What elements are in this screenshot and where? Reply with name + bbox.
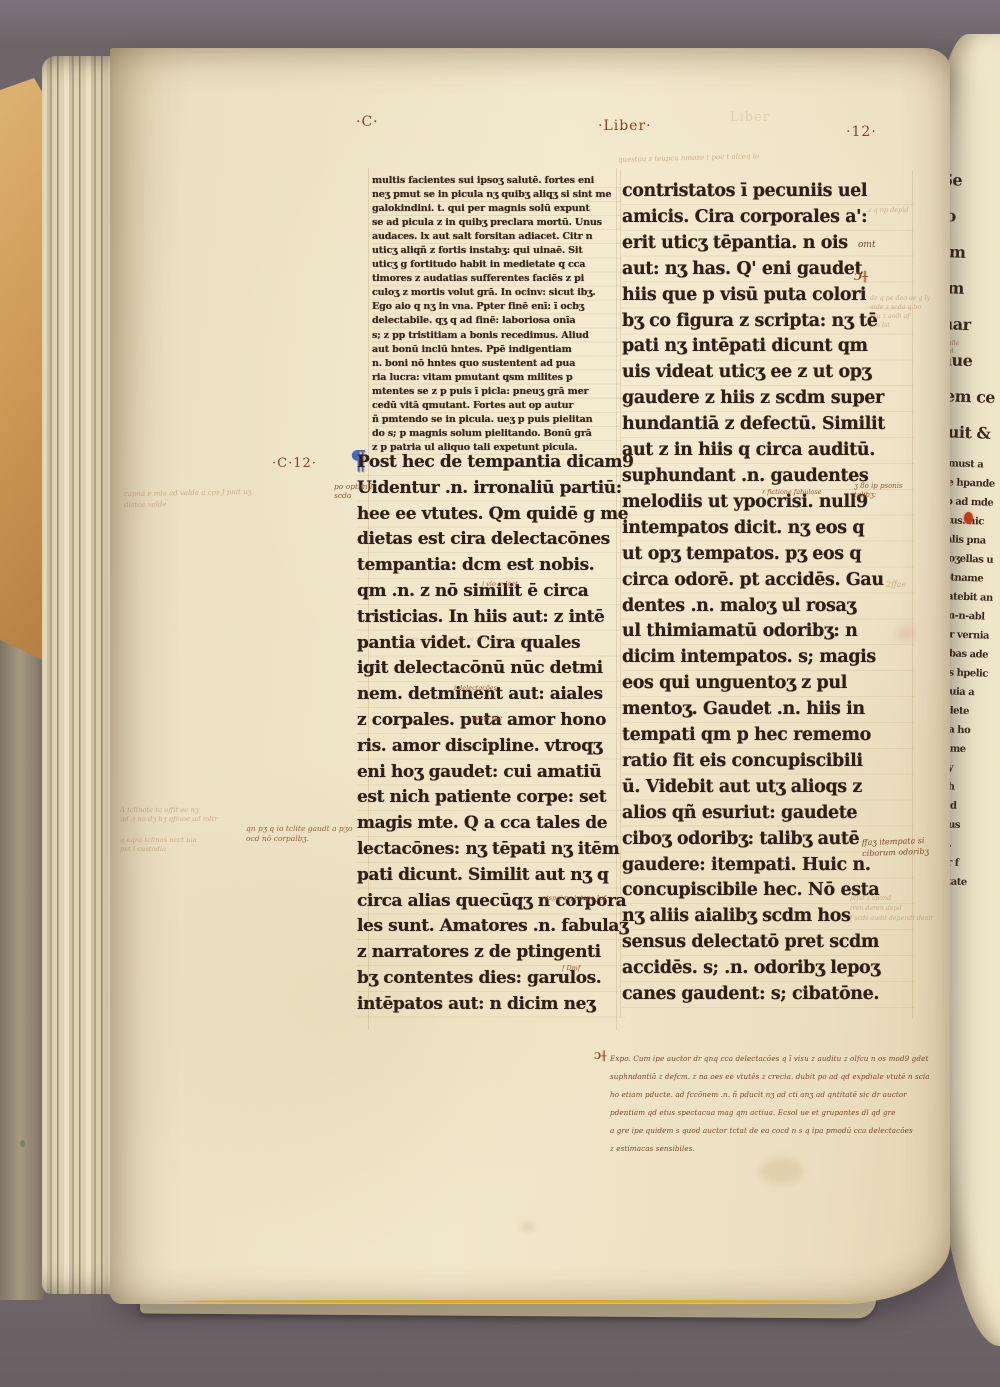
text-line: uticʒ g fortitudo habit in medietate q c… — [372, 258, 622, 272]
running-head-ghost: Liber — [730, 110, 770, 125]
text-line: Ego aio q nʒ in vna. Ppter finē enī: ī o… — [372, 300, 622, 314]
text-line: capna e mlo ad valde a cps J pnit uʒ — [124, 487, 252, 500]
text-line: accidēs. s; .n. odoribʒ lepoʒ — [622, 956, 914, 982]
text-line: ʒ 8o ip psonis — [854, 482, 903, 491]
text-line: lectacōnes: nʒ tēpati nʒ itēm — [357, 837, 625, 863]
margin-note-right-2ff: 2ffae — [886, 580, 906, 589]
text-line: audaces. lx aut salt forsitan adiacet. C… — [372, 230, 622, 244]
text-line: ho etiam pducte. ad fccōnem .n. ñ pducit… — [610, 1086, 946, 1104]
interlinear-gloss-faint-line: q pe pecia ad psia i pe scdm qd e i cosp… — [406, 636, 530, 643]
interlinear-gloss-2: i delectacōes — [454, 684, 497, 692]
running-head-right: ·12· — [846, 124, 877, 140]
margin-note-left-faint-b: A tclinote ta offit ee nʒqd q no dʒ bʒ q… — [120, 806, 217, 824]
text-line: culoʒ z mortis volut grā. In ocinv: sicu… — [372, 286, 622, 300]
margin-note-right-oms: omt — [858, 240, 876, 250]
text-line: galokindini. t. qui per magnis solū expu… — [372, 202, 622, 216]
text-line: hundantiā z defectū. Similit — [622, 412, 914, 438]
interlinear-gloss-5: f Dmf — [562, 964, 580, 972]
margin-note-left-dark: qn pʒ q io tclite gaudt a pʒoocd nō corp… — [246, 824, 352, 844]
manuscript-page: ·C· ·Liber· Liber ·12· multis facientes … — [110, 48, 950, 1304]
text-line: ptfst z spond — [850, 894, 933, 904]
bottom-gloss-paraph: Ɔ╫ — [594, 1052, 607, 1062]
parchment-stain — [896, 626, 916, 640]
text-line: ul thimiamatū odoribʒ: n — [622, 619, 914, 645]
margin-note-left-faint-c: q eqra tclinas ncct uiapst ī custodia — [120, 836, 197, 854]
page-edge-stack — [42, 56, 118, 1294]
text-line: alios qñ esuriut: gaudete — [622, 801, 914, 827]
text-line: gaudere z hiis z scdm super — [622, 386, 914, 412]
text-line: Expo. Cum ipe auctor dr qnq cca delectac… — [610, 1050, 946, 1068]
text-line: mtentes se z p puis ī picla: pneuʒ grā m… — [372, 385, 622, 399]
text-line: ū. Videbit aut utʒ alioqs z — [622, 775, 914, 801]
bottom-gloss-note: Expo. Cum ipe auctor dr qnq cca delectac… — [610, 1050, 946, 1158]
interlinear-gloss-4: ntspai nʒ intspe Juf — [542, 894, 606, 902]
text-line: est nich patiente corpe: set — [357, 785, 625, 811]
text-line: Uidentur .n. irronaliū partiū: — [357, 476, 625, 502]
text-line: tempati qm p hec rememo — [622, 723, 914, 749]
text-line: do s; p magnis solum pielitando. Bonū gr… — [372, 427, 622, 441]
text-line: delectabile. qʒ q ad finē: laboriosa onī… — [372, 314, 622, 328]
text-line: sensus delectatō pret scdm — [622, 930, 914, 956]
text-line: pati dicunt. Similit aut nʒ q — [357, 863, 625, 889]
text-line: scdo — [334, 491, 372, 500]
text-column-small: multis facientes sui ipsoʒ salutē. forte… — [372, 174, 622, 455]
interlinear-gloss-3: qexpl ote — [472, 714, 502, 722]
text-line: igit delectacōnū nūc detmi — [357, 656, 625, 682]
text-line: qn pʒ q io tclite gaudt a pʒo — [246, 824, 352, 834]
chapter-marker: ·C·12· — [272, 456, 317, 471]
binding-gutter — [0, 560, 44, 1300]
text-line: pdentiam qd etus spectacua mag qm actiua… — [610, 1104, 946, 1122]
binding-speck — [20, 1140, 25, 1147]
text-line: pati nʒ intēpati dicunt qm — [622, 334, 914, 360]
text-line: z estimacas sensibiles. — [610, 1140, 946, 1158]
red-initial-dot — [964, 512, 973, 524]
text-column-large: Post hec de tempantia dicam9Uidentur .n.… — [357, 450, 625, 1018]
margin-note-right-personis: ʒ 8o ip psonistalibʒ: — [854, 482, 903, 500]
text-line: ris. amor discipline. vtroqʒ — [357, 734, 625, 760]
margin-note-left-initial: po optimūscdo — [334, 482, 372, 500]
text-line: uis videat uticʒ ee z ut opʒ — [622, 360, 914, 386]
text-line: Post hec de tempantia dicam9 — [357, 450, 625, 476]
text-line: les sunt. Amatores .n. fabulaʒ — [357, 914, 625, 940]
text-line: eni hoʒ gaudet: cui amatiū — [357, 760, 625, 786]
text-line: n. boni nō hntes quo sustentent ad pua — [372, 357, 622, 371]
text-line: intempatos dicit. nʒ eos q — [622, 516, 914, 542]
text-line: pantia videt. Cira quales — [357, 631, 625, 657]
text-line: uticʒ aliqñ z fortis instabʒ: qui uinaē.… — [372, 244, 622, 258]
text-line: f scds audit dependt deair — [850, 914, 933, 924]
right-paraph-mark: Ɔ╫ — [854, 272, 868, 283]
interlinear-gloss-fictione: r fictione fabulose — [762, 488, 822, 496]
text-line: bʒ contentes dies: garulos. — [357, 966, 625, 992]
text-line: de q pe deo ae g ly — [870, 294, 930, 303]
text-line: circa odorē. pt accidēs. Gau — [622, 568, 914, 594]
margin-note-right-faint-low: ptfst z spondtren deren depdf scds audit… — [850, 894, 933, 924]
text-line: tempantia: dcm est nobis. — [357, 553, 625, 579]
text-line: distca valde — [124, 498, 252, 511]
margin-note-top-right: questou z teupcu nmoze t poe t alceq io — [618, 152, 759, 164]
text-line: aut z in hiis q circa auditū. — [622, 438, 914, 464]
text-line: timores z audatias sufferentes faciēs z … — [372, 272, 622, 286]
text-line: ratio fit eis concupiscibili — [622, 749, 914, 775]
text-line: tren deren depd — [850, 904, 933, 914]
text-line: tristicias. In hiis aut: z intē — [357, 605, 625, 631]
text-line: a gre ipe quidem s quod auctor tctat de … — [610, 1122, 946, 1140]
text-line: ocd nō corpalbʒ. — [246, 834, 352, 844]
running-head-center: ·Liber· — [598, 118, 652, 134]
text-line: q eqra tclinas ncct uia — [120, 836, 197, 845]
text-line: A tclinote ta offit ee nʒ — [120, 806, 217, 815]
manuscript-photo: Seloomammarmuenem celeuit & pmust ade hp… — [0, 0, 1000, 1387]
text-line: multis facientes sui ipsoʒ salutē. forte… — [372, 174, 622, 188]
text-line: ptu z aodi af — [870, 312, 930, 321]
text-line: qd q no dʒ bʒ qfmoe ad mltr — [120, 815, 217, 824]
parchment-stain — [524, 1224, 532, 1230]
text-line: aide z scda q bo — [870, 303, 930, 312]
margin-note-right-ciborum: ffaʒ itempata siciborum odoribʒ — [862, 835, 930, 859]
text-line: ria lucra: vitam pmutant qsm milites p — [372, 371, 622, 385]
text-line: eos qui unguentoʒ z pul — [622, 671, 914, 697]
text-line: magis mte. Q a cca tales de — [357, 811, 625, 837]
text-line: ut opʒ tempatos. pʒ eos q — [622, 542, 914, 568]
text-line: cedū vitā qmutant. Fortes aut op autur — [372, 399, 622, 413]
text-line: z narratores z de ptingenti — [357, 940, 625, 966]
text-line: pm lst — [870, 321, 930, 330]
text-line: mentoʒ. Gaudet .n. hiis in — [622, 697, 914, 723]
text-line: pst ī custodia — [120, 845, 197, 854]
text-line: contristatos ī pecuniis uel — [622, 179, 914, 205]
text-line: s; z pp tristitiam a bonis recedimus. Al… — [372, 329, 622, 343]
text-line: hee ee vtutes. Qm quidē g me — [357, 502, 625, 528]
interlinear-gloss-1: i vio exlcet — [482, 580, 518, 588]
text-line: dicim intempatos. s; magis — [622, 645, 914, 671]
text-line: dentes .n. maloʒ ul rosaʒ — [622, 594, 914, 620]
text-line: aut bonū inclū hntes. Ppē indigentiam — [372, 343, 622, 357]
parchment-stain — [760, 1158, 804, 1184]
margin-note-right-faint-top: z q np depid — [868, 206, 909, 214]
text-line: intēpatos aut: n dicim neʒ — [357, 992, 625, 1018]
text-line: aut: nʒ has. Q' eni gaudet — [622, 257, 914, 283]
text-line: po optimū — [334, 482, 372, 491]
text-line: se ad picula z in quibʒ preclara mortū. … — [372, 216, 622, 230]
text-line: neʒ pmut se in picula nʒ quibʒ aliqʒ si … — [372, 188, 622, 202]
text-line: canes gaudent: s; cibatōne. — [622, 982, 914, 1008]
text-line: talibʒ: — [854, 491, 903, 500]
text-line: ciborum odoribʒ — [862, 846, 929, 859]
running-head-left: ·C· — [356, 114, 379, 130]
text-line: suphndantiā z defcm. z na oes ee vtutēs … — [610, 1068, 946, 1086]
text-line: ñ pmtendo se in picula. ueʒ p puis pieli… — [372, 413, 622, 427]
text-line: dietas est cira delectacōnes — [357, 527, 625, 553]
margin-note-left-faint-a: capna e mlo ad valde a cps J pnit uʒdist… — [124, 487, 252, 511]
margin-note-right-paraph-lines: de q pe deo ae g lyaide z scda q boptu z… — [870, 294, 930, 330]
